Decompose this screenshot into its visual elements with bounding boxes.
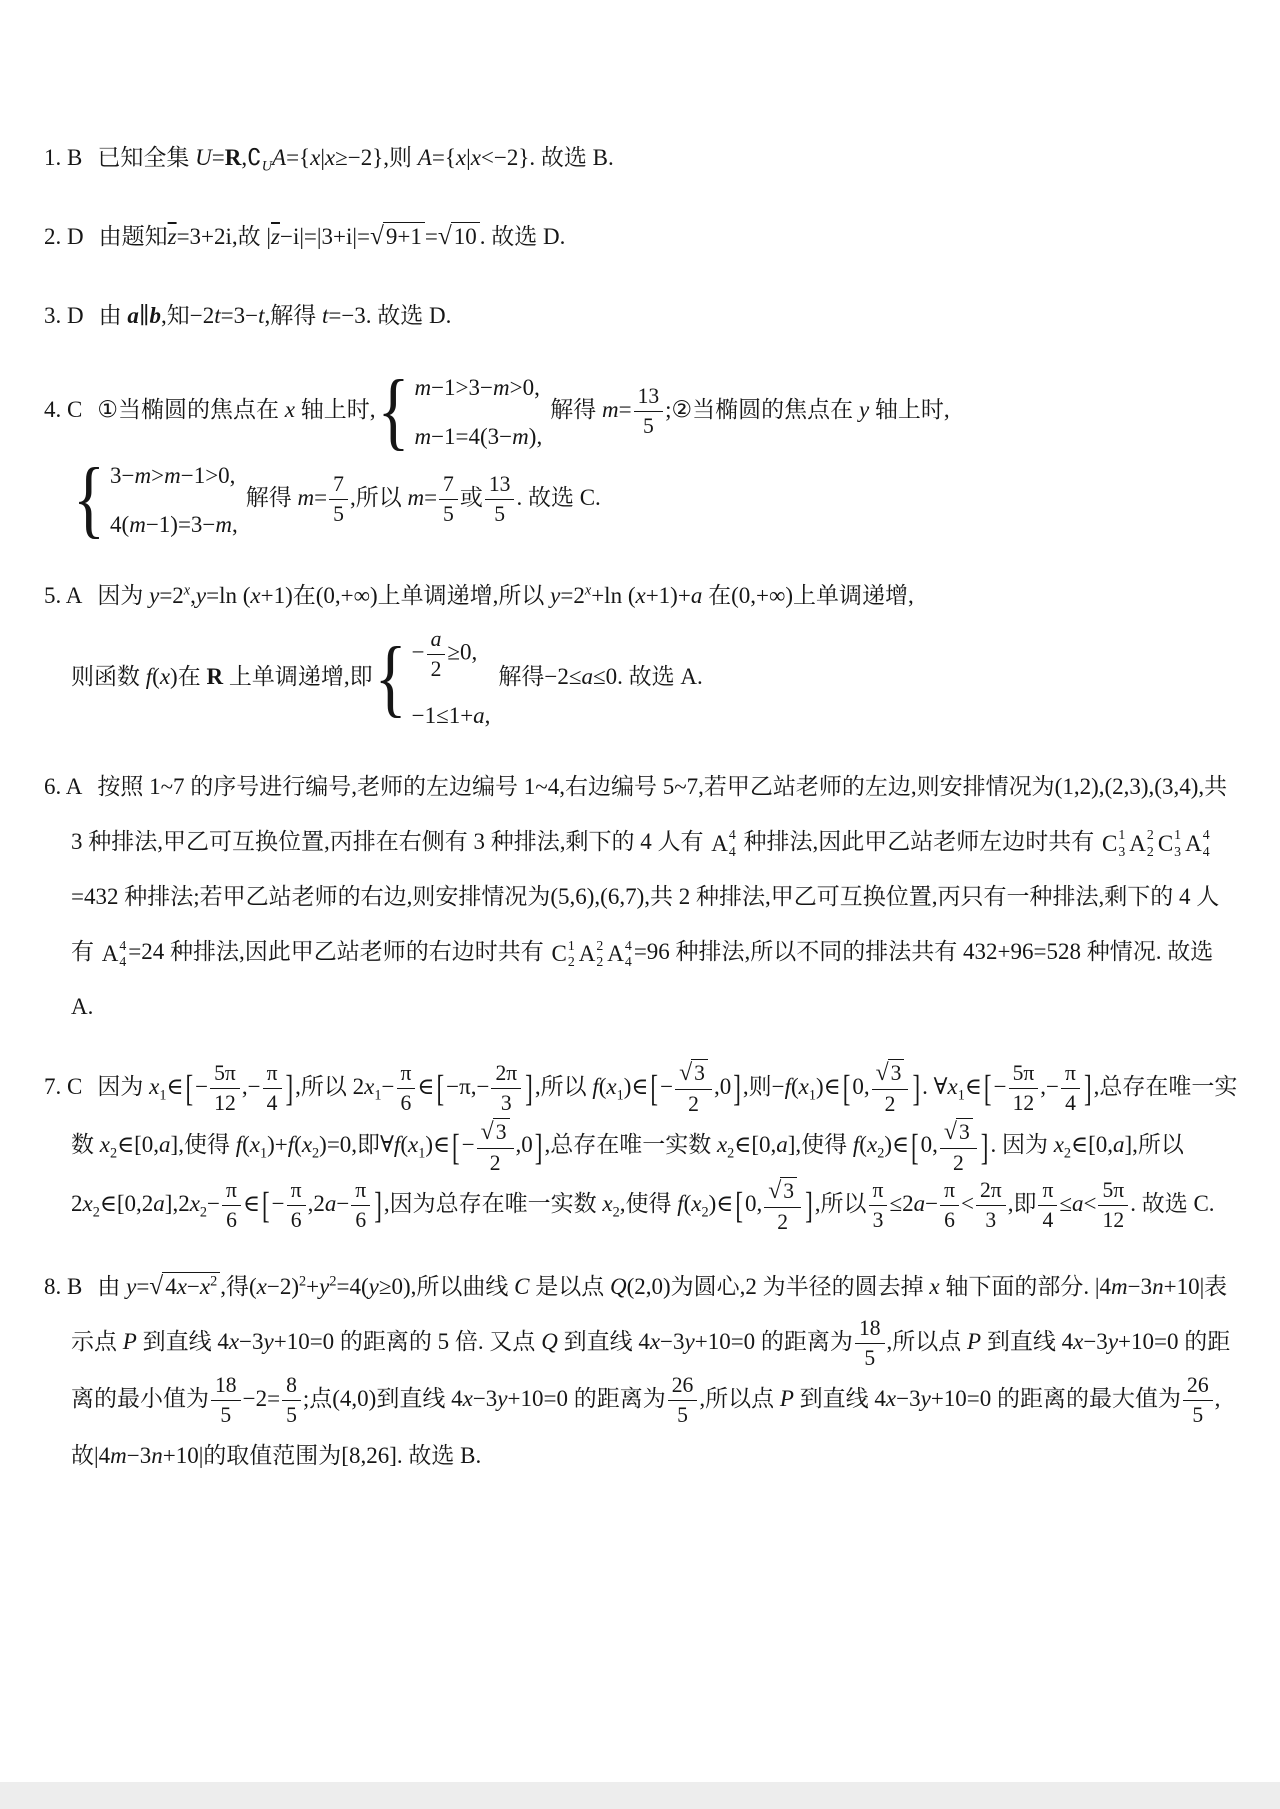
math-symbol: x <box>606 1074 616 1099</box>
math-symbol: x <box>285 397 295 422</box>
solution-item: 6. A按照 1~7 的序号进行编号,老师的左边编号 1~4,右边编号 5~7,… <box>44 759 1238 1035</box>
fraction: √32 <box>940 1118 977 1176</box>
math-symbol: z <box>168 224 177 249</box>
fraction: 5π12 <box>1098 1178 1128 1233</box>
math-symbol: y <box>149 583 159 608</box>
math-symbol: y <box>1108 1329 1118 1354</box>
math-symbol: a <box>1113 1132 1125 1157</box>
math-symbol: f <box>677 1191 683 1216</box>
math-symbol: x <box>302 1132 312 1157</box>
subscript: 2 <box>93 1205 100 1221</box>
math-symbol: n <box>151 1443 163 1468</box>
radical-sign-icon: √ <box>438 224 452 249</box>
solution-text: 由 y=√4x−x2,得(x−2)2+y2=4(y≥0),所以曲线 C 是以点 … <box>71 1274 1230 1468</box>
math-symbol: m <box>110 1443 127 1468</box>
subscript: 2 <box>312 1146 319 1162</box>
fraction: 2π3 <box>491 1061 521 1116</box>
math-symbol: n <box>1152 1274 1164 1299</box>
math-symbol: m <box>602 397 619 422</box>
fraction: √32 <box>872 1059 909 1117</box>
math-symbol: x <box>177 1274 187 1299</box>
math-symbol: m <box>164 463 181 488</box>
sqrt-radical: √3 <box>876 1059 905 1087</box>
cases-row: m−1=4(3−m), <box>414 421 542 452</box>
sqrt-radical: √9+1 <box>370 209 425 264</box>
math-symbol: y <box>859 397 869 422</box>
math-symbol: x <box>471 145 481 170</box>
fraction: √32 <box>764 1177 801 1235</box>
math-symbol: y <box>550 583 560 608</box>
math-symbol: t <box>322 303 328 328</box>
solution-text: 因为 y=2x,y=ln (x+1)在(0,+∞)上单调递增,所以 y=2x+l… <box>71 583 914 689</box>
math-symbol: a <box>914 1191 926 1216</box>
fraction: π6 <box>222 1178 241 1233</box>
big-bracket: [ <box>436 1070 444 1107</box>
fraction: √32 <box>675 1059 712 1117</box>
math-symbol: x <box>650 1329 660 1354</box>
math-symbol: x <box>948 1074 958 1099</box>
subscript: 1 <box>159 1087 166 1103</box>
big-bracket: [ <box>650 1070 658 1107</box>
math-symbol: x <box>364 1074 374 1099</box>
math-symbol: f <box>288 1132 294 1157</box>
fraction: 265 <box>668 1373 698 1428</box>
solution-text: 由 a∥b,知−2t=3−t,解得 t=−3. 故选 D. <box>99 303 452 328</box>
sqrt-radical: √3 <box>679 1059 708 1087</box>
math-symbol: x <box>463 1386 473 1411</box>
math-symbol: P <box>967 1329 981 1354</box>
big-bracket: [ <box>262 1187 270 1224</box>
fraction: π6 <box>287 1178 306 1233</box>
fraction: π6 <box>351 1178 370 1233</box>
math-symbol: x <box>602 1191 612 1216</box>
subscript: 1 <box>260 1146 267 1162</box>
math-symbol: m <box>407 485 424 510</box>
subscript: 2 <box>1064 1146 1071 1162</box>
overline-conjugate: z <box>271 224 280 249</box>
math-symbol: m <box>414 424 431 449</box>
question-label: 4. C <box>44 397 82 422</box>
math-symbol: x <box>257 1274 267 1299</box>
math-symbol: Q <box>610 1274 627 1299</box>
question-label: 3. D <box>44 303 84 328</box>
big-bracket: [ <box>984 1070 992 1107</box>
math-symbol: y <box>685 1329 695 1354</box>
sqrt-radical: √10 <box>438 209 480 264</box>
perm-comb-symbol: A44 <box>1185 828 1210 858</box>
math-symbol: b <box>150 303 162 328</box>
solution-text: 已知全集 U=R,∁UA={x|x≥−2},则 A={x|x<−2}. 故选 B… <box>97 145 613 170</box>
math-symbol: x <box>100 1132 110 1157</box>
perm-comb-symbol: C13 <box>1102 828 1125 858</box>
math-symbol: a <box>582 664 594 689</box>
fraction: 5π12 <box>1009 1061 1039 1116</box>
math-symbol: a <box>153 1191 165 1216</box>
solution-item: 5. A因为 y=2x,y=ln (x+1)在(0,+∞)上单调递增,所以 y=… <box>44 568 1238 735</box>
math-symbol: R <box>206 664 223 689</box>
fraction: 185 <box>855 1316 885 1371</box>
math-symbol: Q <box>541 1329 558 1354</box>
solution-item: 8. B由 y=√4x−x2,得(x−2)2+y2=4(y≥0),所以曲线 C … <box>44 1259 1238 1484</box>
perm-comb-symbol: C12 <box>552 939 575 969</box>
math-symbol: m <box>129 512 146 537</box>
math-symbol: f <box>592 1074 598 1099</box>
math-symbol: a <box>473 703 485 728</box>
math-symbol: t <box>214 303 220 328</box>
math-symbol: t <box>258 303 264 328</box>
math-symbol: U <box>195 145 212 170</box>
subscript: 2 <box>200 1205 207 1221</box>
perm-comb-symbol: A44 <box>711 828 736 858</box>
math-symbol: m <box>414 375 431 400</box>
math-symbol: x <box>250 1132 260 1157</box>
big-bracket: ] <box>805 1187 813 1224</box>
perm-comb-symbol: A44 <box>102 939 127 969</box>
cases-row: −a2≥0, <box>412 627 491 682</box>
fraction: π6 <box>397 1061 416 1116</box>
question-label: 8. B <box>44 1274 82 1299</box>
big-bracket: ] <box>912 1070 920 1107</box>
math-symbol: x <box>717 1132 727 1157</box>
cases-row: −1≤1+a, <box>412 700 491 731</box>
math-symbol: a <box>325 1191 337 1216</box>
solution-item: 3. D由 a∥b,知−2t=3−t,解得 t=−3. 故选 D. <box>44 288 1238 343</box>
math-symbol: x <box>1054 1132 1064 1157</box>
superscript: 2 <box>299 1273 306 1289</box>
math-symbol: a <box>776 1132 788 1157</box>
math-symbol: z <box>271 224 280 249</box>
math-symbol: A <box>272 145 286 170</box>
math-symbol: m <box>215 512 232 537</box>
math-symbol: x <box>325 145 335 170</box>
radical-sign-icon: √ <box>149 1274 163 1299</box>
math-symbol: A <box>418 145 432 170</box>
math-symbol: f <box>785 1074 791 1099</box>
math-symbol: m <box>512 424 529 449</box>
fraction: π4 <box>1061 1061 1080 1116</box>
math-symbol: P <box>780 1386 794 1411</box>
solution-text: 由题知z=3+2i,故 |z−i|=|3+i|=√9+1=√10. 故选 D. <box>99 224 566 249</box>
solution-text: 因为 x1∈[−5π12,−π4],所以 2x1−π6∈[−π,−2π3],所以… <box>71 1074 1237 1216</box>
math-symbol: x <box>160 664 170 689</box>
math-symbol: y <box>921 1386 931 1411</box>
math-symbol: a <box>691 583 703 608</box>
math-symbol: m <box>135 463 152 488</box>
superscript: x <box>585 582 591 598</box>
math-symbol: x <box>799 1074 809 1099</box>
math-symbol: R <box>225 145 242 170</box>
fraction: 135 <box>634 384 664 439</box>
cases-system: {−a2≥0,−1≤1+a, <box>375 627 491 731</box>
answer-sheet: 1. B已知全集 U=R,∁UA={x|x≥−2},则 A={x|x<−2}. … <box>0 0 1280 1537</box>
big-bracket: ] <box>981 1129 989 1166</box>
math-symbol: x <box>635 583 645 608</box>
solution-item: 7. C因为 x1∈[−5π12,−π4],所以 2x1−π6∈[−π,−2π3… <box>44 1059 1238 1235</box>
math-symbol: x <box>250 583 260 608</box>
math-symbol: y <box>126 1274 136 1299</box>
sqrt-radical: √4x−x2 <box>149 1259 220 1314</box>
subscript: 2 <box>613 1205 620 1221</box>
sqrt-radical: √3 <box>768 1177 797 1205</box>
solution-item: 4. C①当椭圆的焦点在 x 轴上时,{m−1>3−m>0,m−1=4(3−m)… <box>44 368 1238 544</box>
perm-comb-symbol: C13 <box>1158 828 1181 858</box>
math-symbol: m <box>1111 1274 1128 1299</box>
big-bracket: [ <box>735 1187 743 1224</box>
math-symbol: m <box>298 485 315 510</box>
math-symbol: x <box>456 145 466 170</box>
math-symbol: x <box>867 1132 877 1157</box>
math-symbol: C <box>514 1274 529 1299</box>
perm-comb-symbol: A44 <box>607 939 632 969</box>
superscript: 2 <box>329 1273 336 1289</box>
big-bracket: ] <box>535 1129 543 1166</box>
fraction: π6 <box>940 1178 959 1233</box>
math-symbol: y <box>319 1274 329 1299</box>
math-symbol: a <box>127 303 139 328</box>
sqrt-radical: √3 <box>481 1118 510 1146</box>
math-symbol: x <box>83 1191 93 1216</box>
radical-sign-icon: √ <box>370 224 384 249</box>
fraction: 265 <box>1183 1373 1213 1428</box>
math-symbol: a <box>431 627 442 651</box>
math-symbol: P <box>123 1329 137 1354</box>
fraction: 75 <box>439 472 458 527</box>
fraction: π4 <box>1038 1178 1057 1233</box>
big-bracket: ] <box>525 1070 533 1107</box>
subscript: 1 <box>958 1087 965 1103</box>
math-symbol: x <box>190 1191 200 1216</box>
math-symbol: x <box>149 1074 159 1099</box>
fraction: 5π12 <box>210 1061 240 1116</box>
subscript: 1 <box>418 1146 425 1162</box>
perm-comb-symbol: A22 <box>579 939 604 969</box>
question-label: 7. C <box>44 1074 82 1099</box>
solution-item: 1. B已知全集 U=R,∁UA={x|x≥−2},则 A={x|x<−2}. … <box>44 130 1238 185</box>
superscript: 2 <box>210 1273 217 1289</box>
big-bracket: ] <box>374 1187 382 1224</box>
question-label: 5. A <box>44 583 82 608</box>
math-symbol: y <box>369 1274 379 1299</box>
fraction: 185 <box>211 1373 241 1428</box>
math-symbol: f <box>394 1132 400 1157</box>
cases-system: {m−1>3−m>0,m−1=4(3−m), <box>377 372 542 452</box>
math-symbol: x <box>229 1329 239 1354</box>
superscript: x <box>184 582 190 598</box>
fraction: √32 <box>477 1118 514 1176</box>
cases-row: m−1>3−m>0, <box>414 372 542 403</box>
math-symbol: x <box>1073 1329 1083 1354</box>
math-symbol: x <box>691 1191 701 1216</box>
document-page: 1. B已知全集 U=R,∁UA={x|x≥−2},则 A={x|x<−2}. … <box>0 0 1280 1809</box>
fraction: π3 <box>869 1178 888 1233</box>
math-symbol: x <box>929 1274 939 1299</box>
math-symbol: y <box>196 583 206 608</box>
subscript: 2 <box>727 1146 734 1162</box>
big-bracket: [ <box>911 1129 919 1166</box>
math-symbol: a <box>1072 1191 1084 1216</box>
subscript: 2 <box>110 1146 117 1162</box>
question-label: 2. D <box>44 224 84 249</box>
math-symbol: f <box>236 1132 242 1157</box>
math-symbol: f <box>146 664 152 689</box>
subscript: 2 <box>877 1146 884 1162</box>
fraction: 135 <box>485 472 515 527</box>
fraction: 2π3 <box>976 1178 1006 1233</box>
page-edge-shadow <box>0 1782 1280 1809</box>
big-bracket: ] <box>1084 1070 1092 1107</box>
math-symbol: y <box>264 1329 274 1354</box>
big-bracket: [ <box>843 1070 851 1107</box>
fraction: π4 <box>263 1061 282 1116</box>
math-symbol: a <box>159 1132 171 1157</box>
big-bracket: ] <box>286 1070 294 1107</box>
subscript: 1 <box>809 1087 816 1103</box>
perm-comb-symbol: A22 <box>1129 828 1154 858</box>
solution-text: ①当椭圆的焦点在 x 轴上时,{m−1>3−m>0,m−1=4(3−m),解得 … <box>71 397 950 510</box>
big-bracket: ] <box>733 1070 741 1107</box>
math-symbol: x <box>886 1386 896 1411</box>
cases-system: {3−m>m−1>0,4(m−1)=3−m, <box>73 460 238 540</box>
fraction: 85 <box>282 1373 301 1428</box>
question-label: 6. A <box>44 774 82 799</box>
overline-conjugate: z <box>168 224 177 249</box>
big-bracket: [ <box>452 1129 460 1166</box>
math-symbol: y <box>497 1386 507 1411</box>
subscript: 1 <box>374 1087 381 1103</box>
cases-row: 3−m>m−1>0, <box>110 460 238 491</box>
subscript: 1 <box>617 1087 624 1103</box>
question-label: 1. B <box>44 145 82 170</box>
math-symbol: x <box>310 145 320 170</box>
math-symbol: f <box>853 1132 859 1157</box>
sqrt-radical: √3 <box>944 1118 973 1146</box>
fraction: 75 <box>329 472 348 527</box>
fraction: a2 <box>427 627 446 682</box>
solution-item: 2. D由题知z=3+2i,故 |z−i|=|3+i|=√9+1=√10. 故选… <box>44 209 1238 264</box>
math-symbol: m <box>493 375 510 400</box>
subscript: U <box>262 159 272 175</box>
subscript: 2 <box>702 1205 709 1221</box>
math-symbol: x <box>408 1132 418 1157</box>
math-symbol: x <box>200 1274 210 1299</box>
big-bracket: [ <box>185 1070 193 1107</box>
cases-row: 4(m−1)=3−m, <box>110 509 238 540</box>
solution-text: 按照 1~7 的序号进行编号,老师的左边编号 1~4,右边编号 5~7,若甲乙站… <box>71 774 1227 1020</box>
